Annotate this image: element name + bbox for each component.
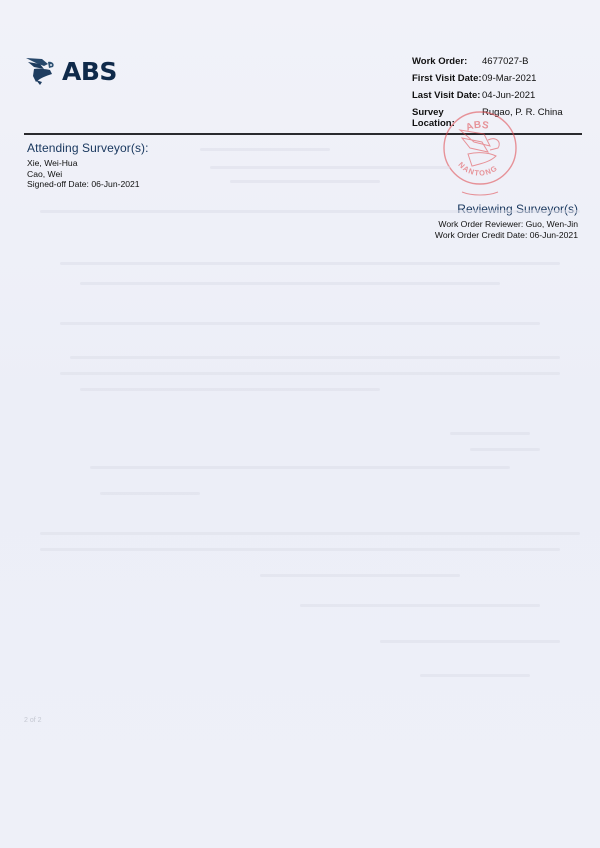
ghost-line (90, 466, 510, 469)
location-label-line-1: Survey (412, 107, 444, 118)
ghost-line (80, 388, 380, 391)
ghost-line (210, 166, 450, 169)
attending-title: Attending Surveyor(s): (27, 141, 149, 155)
ghost-line (40, 548, 560, 551)
ghost-line (60, 372, 560, 375)
eagle-icon (24, 56, 60, 86)
ghost-line (380, 640, 560, 643)
ghost-line (450, 432, 530, 435)
work-order-value: 4677027-B (482, 56, 528, 67)
ghost-line (420, 674, 530, 677)
ghost-line (60, 262, 560, 265)
ghost-line (70, 356, 560, 359)
stamp-seal-icon: ABS NANTONG (440, 100, 520, 200)
page-number: 2 of 2 (24, 717, 42, 724)
abs-logo: ABS (24, 56, 117, 86)
ghost-line (80, 282, 500, 285)
svg-text:NANTONG: NANTONG (456, 160, 499, 178)
stamp-bottom-text: NANTONG (456, 160, 499, 178)
first-visit-value: 09-Mar-2021 (482, 73, 536, 84)
ghost-line (100, 492, 200, 495)
ghost-line (60, 322, 540, 325)
work-order-label: Work Order: (412, 56, 482, 67)
work-order-reviewer: Work Order Reviewer: Guo, Wen-Jin (435, 219, 578, 230)
ghost-line (40, 532, 580, 535)
first-visit-row: First Visit Date: 09-Mar-2021 (412, 73, 563, 84)
work-order-credit-date: Work Order Credit Date: 06-Jun-2021 (435, 230, 578, 241)
ghost-line (40, 210, 580, 213)
first-visit-label: First Visit Date: (412, 73, 482, 84)
surveyor-name: Cao, Wei (27, 169, 149, 180)
ghost-line (230, 180, 380, 183)
reviewing-surveyors: Reviewing Surveyor(s) Work Order Reviewe… (435, 202, 578, 240)
document-page: ABS Work Order: 4677027-B First Visit Da… (0, 0, 600, 848)
ghost-line (260, 574, 460, 577)
ghost-line (470, 448, 540, 451)
attending-surveyors: Attending Surveyor(s): Xie, Wei-Hua Cao,… (27, 141, 149, 190)
ghost-line (200, 148, 330, 151)
ghost-line (300, 604, 540, 607)
work-order-row: Work Order: 4677027-B (412, 56, 563, 67)
signed-off-date: Signed-off Date: 06-Jun-2021 (27, 179, 149, 190)
nantong-stamp: ABS NANTONG (440, 100, 520, 205)
logo-text: ABS (62, 59, 117, 84)
surveyor-name: Xie, Wei-Hua (27, 158, 149, 169)
reviewing-title: Reviewing Surveyor(s) (435, 202, 578, 216)
